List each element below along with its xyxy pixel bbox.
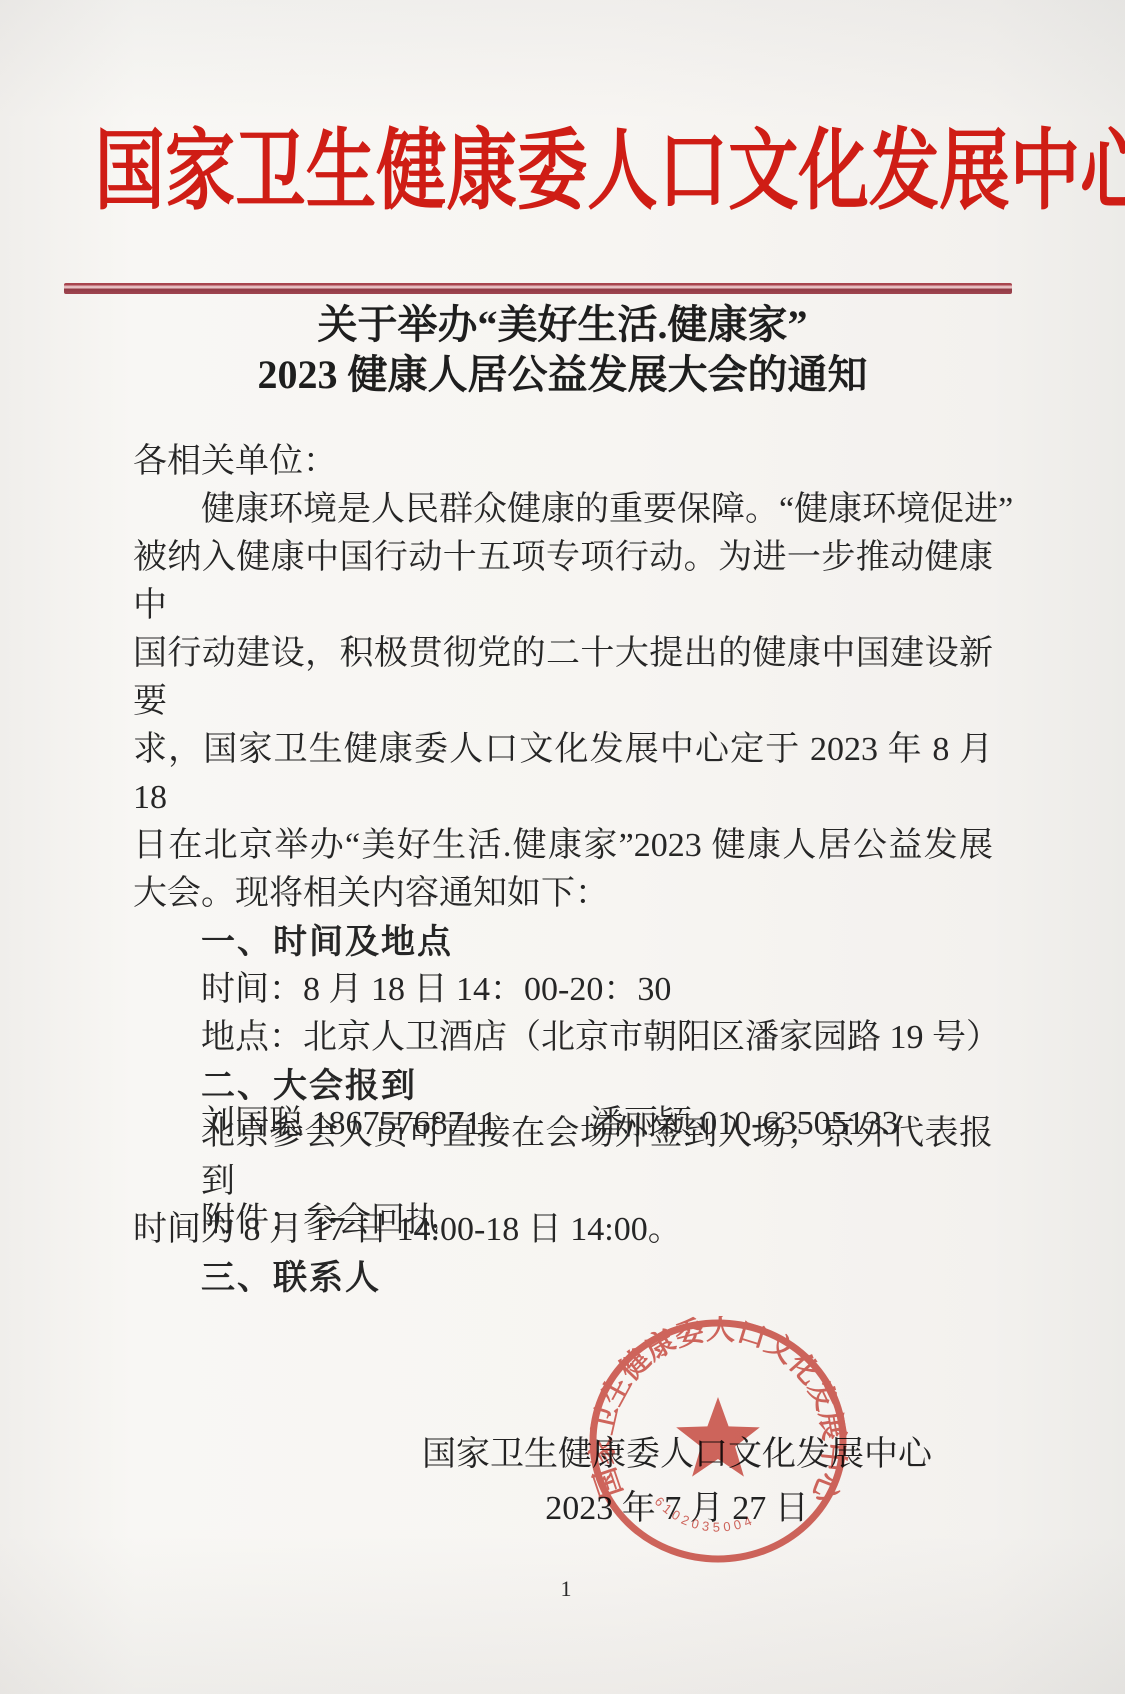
scan-artifact-bottom <box>0 1534 1125 1694</box>
body-line: 地点：北京人卫酒店（北京市朝阳区潘家园路 19 号） <box>133 1014 993 1062</box>
contact-line: 刘国聪 18675768711 潘丽颖 010-63505133 <box>201 1100 1061 1148</box>
svg-text:6102035004: 6102035004 <box>652 1494 758 1535</box>
body-line: 被纳入健康中国行动十五项专项行动。为进一步推动健康中 <box>133 534 993 630</box>
body-line: 一、时间及地点 <box>133 918 993 966</box>
body-line: 三、联系人 <box>133 1254 993 1302</box>
letterhead-title: 国家卫生健康委人口文化发展中心 <box>95 120 995 226</box>
scanned-notice-page: 国家卫生健康委人口文化发展中心 关于举办“美好生活.健康家” 2023 健康人居… <box>0 0 1125 1694</box>
body-line: 各相关单位： <box>133 438 993 486</box>
body-text: 各相关单位：健康环境是人民群众健康的重要保障。“健康环境促进”被纳入健康中国行动… <box>133 438 993 1302</box>
body-line: 时间：8 月 18 日 14：00-20：30 <box>133 966 993 1014</box>
contact-2: 潘丽颖 010-63505133 <box>590 1105 899 1142</box>
page-number: 1 <box>546 1576 586 1602</box>
body-line: 求，国家卫生健康委人口文化发展中心定于 2023 年 8 月 18 <box>133 726 993 822</box>
letterhead-divider-rule <box>64 283 1012 294</box>
seal-serial-number: 6102035004 <box>652 1494 758 1535</box>
body-line: 日在北京举办“美好生活.健康家”2023 健康人居公益发展 <box>133 822 993 870</box>
scan-artifact-top <box>0 0 1125 120</box>
body-line: 国行动建设，积极贯彻党的二十大提出的健康中国建设新要 <box>133 630 993 726</box>
document-title-line1: 关于举办“美好生活.健康家” <box>0 300 1125 350</box>
contact-1: 刘国聪 18675768711 <box>201 1100 497 1148</box>
attachment-note: 附件：参会回执 <box>201 1197 439 1245</box>
body-line: 大会。现将相关内容通知如下： <box>133 870 993 918</box>
official-seal-stamp: 国家卫生健康委人口文化发展中心 6102035004 <box>586 1316 850 1566</box>
body-line: 健康环境是人民群众健康的重要保障。“健康环境促进” <box>133 486 993 534</box>
document-title-line2: 2023 健康人居公益发展大会的通知 <box>0 350 1125 400</box>
seal-star-icon <box>676 1397 760 1477</box>
